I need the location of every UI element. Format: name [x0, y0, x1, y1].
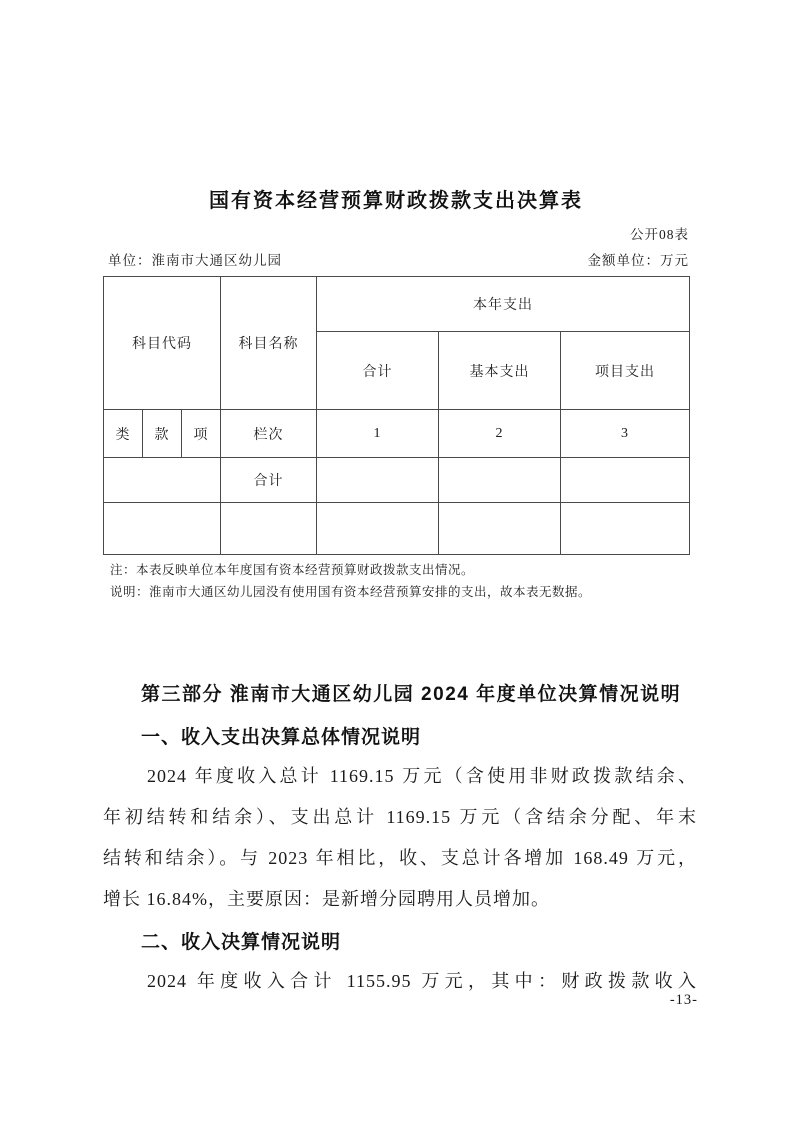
header-kuan: 款 [143, 410, 182, 458]
unit-label: 单位：淮南市大通区幼儿园 [108, 249, 282, 269]
paragraph-line: 2024 年度收入合计 1155.95 万元，其中：财政拨款收入 [103, 968, 697, 994]
header-item: 项 [182, 410, 221, 458]
page-number: -13- [670, 992, 698, 1009]
part-three-heading: 第三部分 淮南市大通区幼儿园 2024 年度单位决算情况说明 [141, 679, 707, 706]
cell-row2-project [561, 503, 690, 555]
column-number-2: 2 [439, 410, 561, 458]
table-code-label: 公开08表 [103, 223, 689, 243]
table-explanation-note: 说明：淮南市大通区幼儿园没有使用国有资本经营预算安排的支出，故本表无数据。 [110, 581, 710, 603]
header-category: 类 [104, 410, 143, 458]
section-two-heading: 二、收入决算情况说明 [141, 927, 701, 954]
table-note: 注：本表反映单位本年度国有资本经营预算财政拨款支出情况。 [110, 559, 710, 581]
cell-row2-total [317, 503, 439, 555]
table-meta-row: 单位：淮南市大通区幼儿园 金额单位：万元 [108, 249, 689, 269]
cell-row1-total [317, 458, 439, 503]
cell-row1-project [561, 458, 690, 503]
report-title: 国有资本经营预算财政拨款支出决算表 [103, 184, 689, 213]
header-subject-code: 科目代码 [104, 277, 221, 410]
cell-row1-basic [439, 458, 561, 503]
document-page: 国有资本经营预算财政拨款支出决算表 公开08表 单位：淮南市大通区幼儿园 金额单… [0, 0, 793, 1122]
table-row: 合计 [104, 458, 690, 503]
cell-row2-basic [439, 503, 561, 555]
cell-row2-name [221, 503, 317, 555]
paragraph-line: 2024 年度收入总计 1169.15 万元（含使用非财政拨款结余、 [103, 763, 697, 789]
cell-row1-name: 合计 [221, 458, 317, 503]
paragraph-line: 结转和结余）。与 2023 年相比，收、支总计各增加 168.49 万元， [103, 845, 697, 871]
amount-unit-label: 金额单位：万元 [588, 249, 690, 269]
header-basic-expenditure: 基本支出 [439, 332, 561, 410]
section-one-heading: 一、收入支出决算总体情况说明 [141, 722, 701, 749]
header-project-expenditure: 项目支出 [561, 332, 690, 410]
table-row [104, 503, 690, 555]
cell-row1-code [104, 458, 221, 503]
cell-row2-code [104, 503, 221, 555]
column-number-3: 3 [561, 410, 690, 458]
paragraph-line: 年初结转和结余）、支出总计 1169.15 万元（含结余分配、年末 [103, 804, 697, 830]
header-subject-name: 科目名称 [221, 277, 317, 410]
expenditure-table: 科目代码 科目名称 本年支出 合计 基本支出 项目支出 类 款 项 栏次 1 2… [103, 276, 690, 555]
column-number-1: 1 [317, 410, 439, 458]
paragraph-line: 增长 16.84%，主要原因：是新增分园聘用人员增加。 [103, 886, 697, 912]
header-column-index-label: 栏次 [221, 410, 317, 458]
header-total: 合计 [317, 332, 439, 410]
header-current-year-expenditure: 本年支出 [317, 277, 690, 332]
